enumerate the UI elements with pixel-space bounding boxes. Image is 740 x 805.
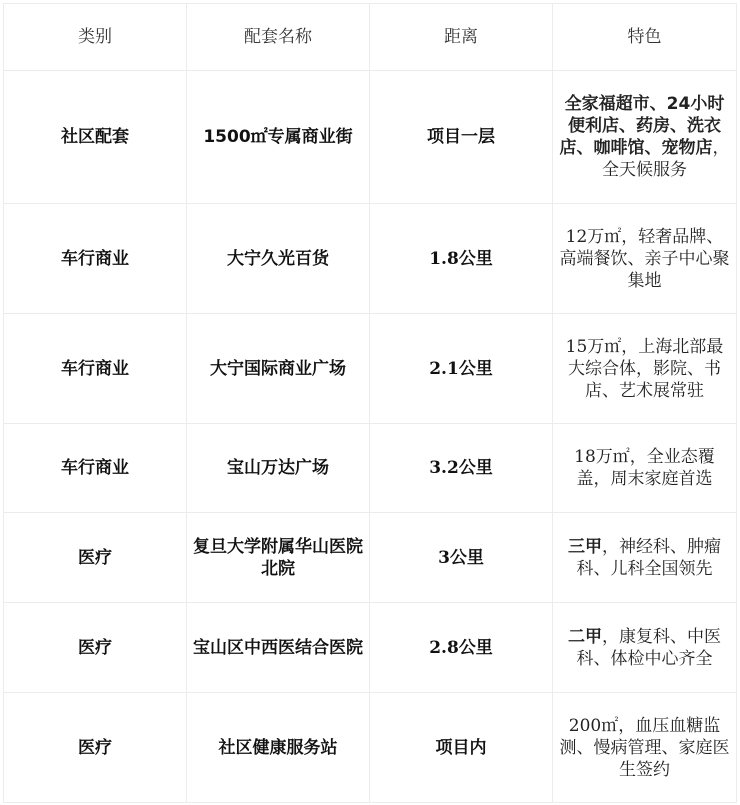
table-row: 社区配套1500㎡专属商业街项目一层全家福超市、24小时便利店、药房、洗衣店、咖…: [4, 71, 737, 204]
table-row: 车行商业宝山万达广场3.2公里18万㎡，全业态覆盖，周末家庭首选: [4, 424, 737, 513]
header-feature: 特色: [553, 4, 737, 71]
distance-cell: 项目内: [370, 693, 553, 803]
table-row: 医疗宝山区中西医结合医院2.8公里二甲，康复科、中医科、体检中心齐全: [4, 603, 737, 693]
category-cell: 车行商业: [4, 424, 187, 513]
header-distance: 距离: [370, 4, 553, 71]
feature-cell: 12万㎡，轻奢品牌、高端餐饮、亲子中心聚集地: [553, 204, 737, 314]
feature-cell: 15万㎡，上海北部最大综合体，影院、书店、艺术展常驻: [553, 314, 737, 424]
distance-cell: 项目一层: [370, 71, 553, 204]
header-category: 类别: [4, 4, 187, 71]
table-row: 医疗复旦大学附属华山医院北院3公里三甲，神经科、肿瘤科、儿科全国领先: [4, 513, 737, 603]
category-cell: 车行商业: [4, 204, 187, 314]
feature-cell: 二甲，康复科、中医科、体检中心齐全: [553, 603, 737, 693]
name-cell: 宝山万达广场: [187, 424, 370, 513]
name-cell: 宝山区中西医结合医院: [187, 603, 370, 693]
category-cell: 医疗: [4, 513, 187, 603]
category-cell: 医疗: [4, 603, 187, 693]
distance-cell: 3.2公里: [370, 424, 553, 513]
table-row: 车行商业大宁国际商业广场2.1公里15万㎡，上海北部最大综合体，影院、书店、艺术…: [4, 314, 737, 424]
distance-cell: 2.1公里: [370, 314, 553, 424]
feature-cell: 全家福超市、24小时便利店、药房、洗衣店、咖啡馆、宠物店，全天候服务: [553, 71, 737, 204]
header-name: 配套名称: [187, 4, 370, 71]
name-cell: 社区健康服务站: [187, 693, 370, 803]
distance-cell: 1.8公里: [370, 204, 553, 314]
feature-highlight: 二甲: [568, 627, 602, 647]
category-cell: 社区配套: [4, 71, 187, 204]
distance-cell: 3公里: [370, 513, 553, 603]
feature-highlight: 全家福超市、24小时便利店、药房、洗衣店、咖啡馆、宠物店: [560, 94, 725, 158]
feature-cell: 三甲，神经科、肿瘤科、儿科全国领先: [553, 513, 737, 603]
table-row: 医疗社区健康服务站项目内200㎡，血压血糖监测、慢病管理、家庭医生签约: [4, 693, 737, 803]
name-cell: 大宁国际商业广场: [187, 314, 370, 424]
feature-highlight: 三甲: [568, 537, 602, 557]
amenities-table: 类别 配套名称 距离 特色 社区配套1500㎡专属商业街项目一层全家福超市、24…: [3, 3, 737, 803]
distance-cell: 2.8公里: [370, 603, 553, 693]
category-cell: 车行商业: [4, 314, 187, 424]
feature-cell: 200㎡，血压血糖监测、慢病管理、家庭医生签约: [553, 693, 737, 803]
feature-text: 200㎡，血压血糖监测、慢病管理、家庭医生签约: [560, 716, 730, 780]
feature-text: 12万㎡，轻奢品牌、高端餐饮、亲子中心聚集地: [560, 227, 730, 291]
header-row: 类别 配套名称 距离 特色: [4, 4, 737, 71]
name-cell: 复旦大学附属华山医院北院: [187, 513, 370, 603]
category-cell: 医疗: [4, 693, 187, 803]
feature-cell: 18万㎡，全业态覆盖，周末家庭首选: [553, 424, 737, 513]
feature-text: 18万㎡，全业态覆盖，周末家庭首选: [574, 447, 715, 489]
name-cell: 1500㎡专属商业街: [187, 71, 370, 204]
table-row: 车行商业大宁久光百货1.8公里12万㎡，轻奢品牌、高端餐饮、亲子中心聚集地: [4, 204, 737, 314]
name-cell: 大宁久光百货: [187, 204, 370, 314]
feature-text: 15万㎡，上海北部最大综合体，影院、书店、艺术展常驻: [566, 337, 724, 401]
